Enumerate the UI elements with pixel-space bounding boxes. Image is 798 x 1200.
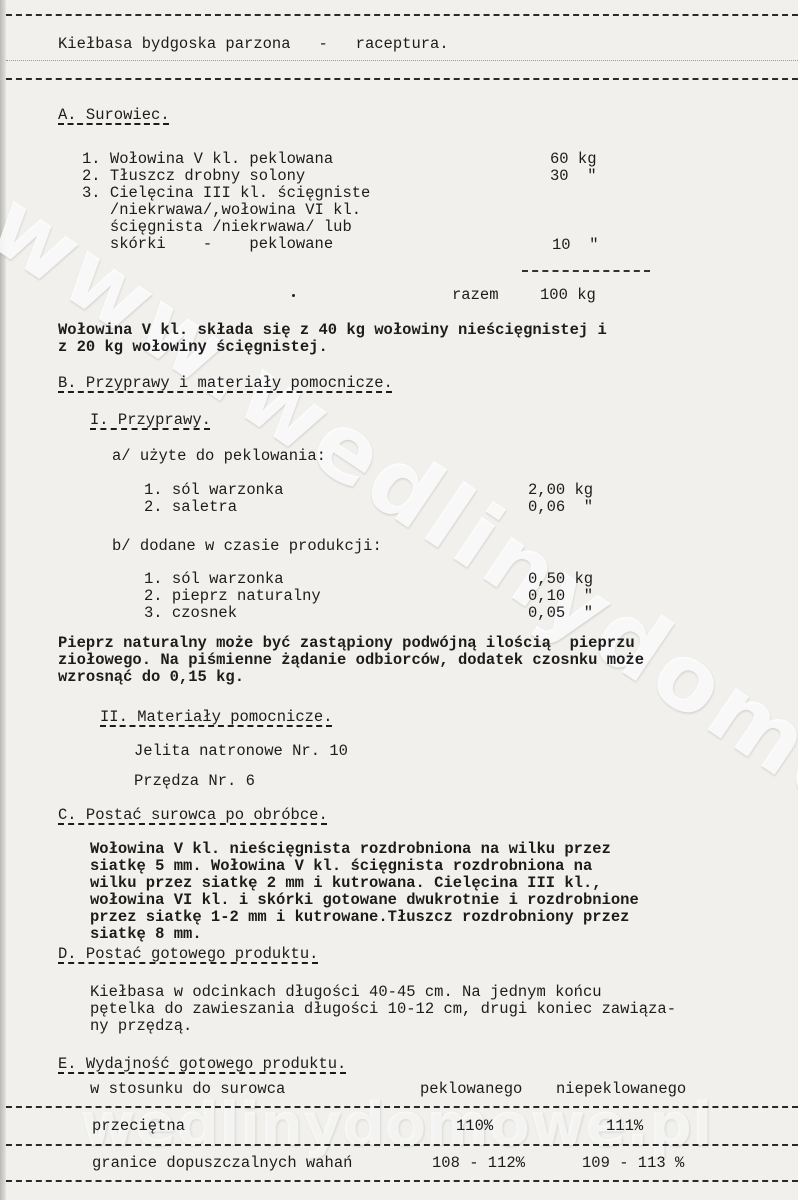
- yield-row2-uncured: 109 - 113 %: [582, 1156, 684, 1171]
- group-a-label: a/ użyte do peklowania:: [112, 449, 326, 464]
- yield-row2-cured: 108 - 112%: [432, 1156, 525, 1171]
- yield-table-rule-1: [6, 1106, 798, 1108]
- group-a-item-1-qty: 2,00 kg: [528, 483, 593, 498]
- scan-edge: [0, 0, 6, 1200]
- watermark: www.wedlinydomowe.pl: [0, 170, 798, 874]
- group-b-item-1: 1. sól warzonka: [144, 572, 284, 587]
- pepper-note-line1: Pieprz naturalny może być zastąpiony pod…: [58, 636, 635, 651]
- section-c-line3: wilku przez siatkę 2 mm i kutrowana. Cie…: [90, 876, 602, 891]
- section-c-heading: C. Postać surowca po obróbce.: [58, 808, 328, 823]
- section-c-line2: siatkę 5 mm. Wołowina V kl. ścięgnista r…: [90, 859, 592, 874]
- item-a-1: 1. Wołowina V kl. peklowana: [82, 152, 333, 167]
- group-a-item-2-qty: 0,06 ": [528, 500, 593, 515]
- section-d-line1: Kiełbasa w odcinkach długości 40-45 cm. …: [90, 985, 602, 1000]
- group-b-item-3: 3. czosnek: [144, 606, 237, 621]
- section-a-note-line1: Wołowina V kl. składa się z 40 kg wołowi…: [58, 323, 607, 338]
- group-b-item-1-qty: 0,50 kg: [528, 572, 593, 587]
- group-b-item-2: 2. pieprz naturalny: [144, 589, 321, 604]
- group-b-item-3-qty: 0,05 ": [528, 606, 593, 621]
- pepper-note-line3: wzrosnąć do 0,15 kg.: [58, 670, 244, 685]
- group-a-item-1: 1. sól warzonka: [144, 483, 284, 498]
- document-page: www.wedlinydomowe.pl wedlinydomowe.pl Ki…: [0, 0, 798, 1200]
- group-b-label: b/ dodane w czasie produkcji:: [112, 539, 382, 554]
- title-rule: [6, 78, 798, 80]
- aux-material-2: Przędza Nr. 6: [134, 774, 255, 789]
- section-c-line4: wołowina VI kl. i skórki gotowane dwukro…: [90, 893, 639, 908]
- item-a-3-qty: 10 ": [552, 238, 599, 253]
- sum-rule: [522, 270, 650, 272]
- document-title: Kiełbasa bydgoska parzona - raceptura.: [58, 37, 449, 52]
- item-a-3: 3. Cielęcina III kl. ścięgniste: [82, 186, 370, 201]
- section-a-heading: A. Surowiec.: [58, 108, 170, 123]
- section-b1-heading: I. Przyprawy.: [90, 413, 211, 428]
- item-a-1-qty: 60 kg: [550, 152, 597, 167]
- item-a-2: 2. Tłuszcz drobny solony: [82, 169, 305, 184]
- section-c-line5: przez siatkę 1-2 mm i kutrowane.Tłuszcz …: [90, 910, 630, 925]
- aux-material-1: Jelita natronowe Nr. 10: [134, 744, 348, 759]
- group-a-item-2: 2. saletra: [144, 500, 237, 515]
- yield-row1-cured: 110%: [456, 1119, 493, 1134]
- yield-row1-label: przeciętna: [92, 1119, 185, 1134]
- total-label: razem: [452, 288, 499, 303]
- item-a-3-line2: /niekrwawa/,wołowina VI kl.: [82, 203, 361, 218]
- section-c-line6: siatkę 8 mm.: [90, 927, 202, 942]
- section-c-line1: Wołowina V kl. nieścięgnista rozdrobnion…: [90, 842, 611, 857]
- item-a-2-qty: 30 ": [550, 169, 597, 184]
- group-b-item-2-qty: 0,10 ": [528, 589, 593, 604]
- yield-row2-label: granice dopuszczalnych wahań: [92, 1156, 352, 1171]
- yield-header-basis: w stosunku do surowca: [90, 1082, 285, 1097]
- section-b2-heading: II. Materiały pomocnicze.: [100, 710, 333, 725]
- section-e-heading: E. Wydajność gotowego produktu.: [58, 1057, 346, 1072]
- yield-table-rule-2: [6, 1144, 798, 1146]
- section-a-note-line2: z 20 kg wołowiny ścięgnistej.: [58, 340, 328, 355]
- item-a-3-line4: skórki - peklowane: [82, 237, 333, 252]
- yield-header-cured: peklowanego: [420, 1082, 522, 1097]
- section-d-heading: D. Postać gotowego produktu.: [58, 947, 318, 962]
- section-b-heading: B. Przyprawy i materiały pomocnicze.: [58, 376, 393, 391]
- yield-row1-uncured: 111%: [606, 1119, 643, 1134]
- pepper-note-line2: ziołowego. Na piśmienne żądanie odbiorcó…: [58, 653, 644, 668]
- total-value: 100 kg: [540, 288, 596, 303]
- yield-table-rule-3: [6, 1180, 798, 1182]
- yield-header-uncured: niepeklowanego: [556, 1082, 686, 1097]
- item-a-3-line3: ścięgnista /niekrwawa/ lub: [82, 220, 352, 235]
- section-d-line2: pętelka do zawieszania długości 10-12 cm…: [90, 1002, 676, 1017]
- ink-dot: [292, 294, 295, 297]
- top-rule: [6, 14, 798, 16]
- title-dotted-rule: [6, 60, 798, 61]
- section-d-line3: ny przędzą.: [90, 1019, 192, 1034]
